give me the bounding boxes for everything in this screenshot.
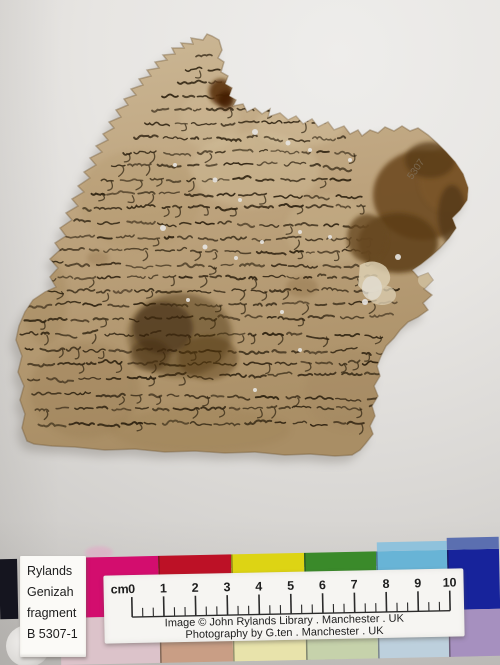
ruler: cm012345678910 Image © John Rylands Libr… bbox=[103, 568, 464, 643]
photo-backdrop: 5307 Rylands Genizah fragment B 5307-1 c… bbox=[0, 0, 500, 665]
ruler-number: 0 bbox=[128, 582, 135, 596]
ruler-number: 9 bbox=[414, 576, 421, 590]
color-patch-black bbox=[0, 559, 18, 619]
ruler-number: 1 bbox=[160, 581, 167, 595]
label-line: Rylands bbox=[27, 561, 86, 582]
ruler-number: 8 bbox=[382, 577, 389, 591]
ruler-number: 6 bbox=[319, 578, 326, 592]
color-patch-cyan-sliver bbox=[377, 541, 447, 551]
label-line: Genizah bbox=[27, 582, 86, 603]
label-line: B 5307-1 bbox=[27, 624, 86, 645]
ruler-number: cm bbox=[110, 582, 128, 596]
ruler-number: 2 bbox=[192, 581, 199, 595]
ruler-number: 7 bbox=[351, 578, 358, 592]
ruler-number: 3 bbox=[223, 580, 230, 594]
shelfmark-label: Rylands Genizah fragment B 5307-1 bbox=[20, 556, 86, 657]
color-patch-blue-sliver bbox=[447, 537, 499, 550]
label-line: fragment bbox=[27, 603, 86, 624]
ruler-number: 4 bbox=[255, 579, 262, 593]
ruler-number: 10 bbox=[442, 576, 456, 590]
ruler-number: 5 bbox=[287, 579, 294, 593]
